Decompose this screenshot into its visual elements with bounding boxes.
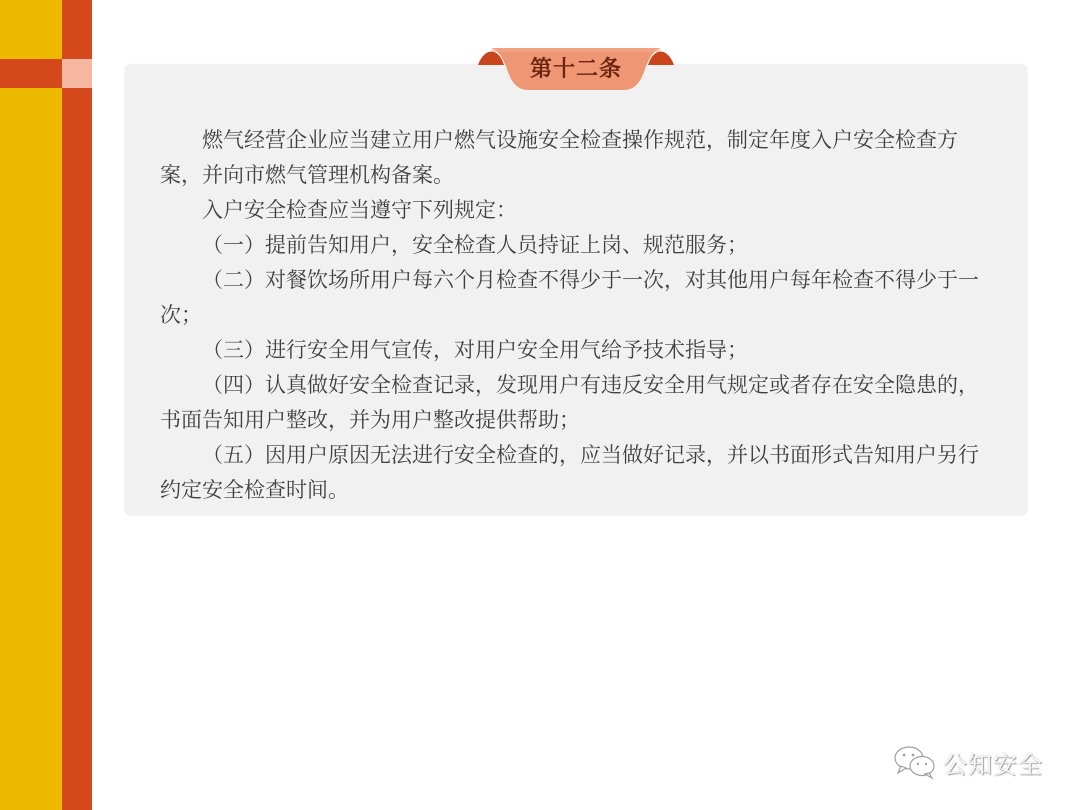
paragraph-intro: 燃气经营企业应当建立用户燃气设施安全检查操作规范，制定年度入户安全检查方案，并向… <box>160 123 982 193</box>
rule-item-1: （一）提前告知用户，安全检查人员持证上岗、规范服务； <box>160 228 982 263</box>
watermark: 公知安全 <box>893 742 1043 782</box>
rule-item-3: （三）进行安全用气宣传，对用户安全用气给予技术指导； <box>160 333 982 368</box>
article-title: 第十二条 <box>474 52 678 83</box>
wechat-icon <box>893 745 937 779</box>
decor-pink-square <box>62 59 92 88</box>
paragraph-rules-lead: 入户安全检查应当遵守下列规定： <box>160 193 982 228</box>
decor-yellow-stripe <box>0 0 62 810</box>
watermark-text: 公知安全 <box>943 745 1043 780</box>
rule-item-4: （四）认真做好安全检查记录，发现用户有违反安全用气规定或者存在安全隐患的，书面告… <box>160 368 982 438</box>
article-title-ribbon: 第十二条 <box>474 44 678 92</box>
decor-orange-stripe <box>62 0 92 810</box>
rule-item-2: （二）对餐饮场所用户每六个月检查不得少于一次，对其他用户每年检查不得少于一次； <box>160 263 982 333</box>
decor-orange-band <box>0 59 62 88</box>
rule-item-5: （五）因用户原因无法进行安全检查的，应当做好记录，并以书面形式告知用户另行约定安… <box>160 438 982 508</box>
article-body: 燃气经营企业应当建立用户燃气设施安全检查操作规范，制定年度入户安全检查方案，并向… <box>160 123 982 508</box>
